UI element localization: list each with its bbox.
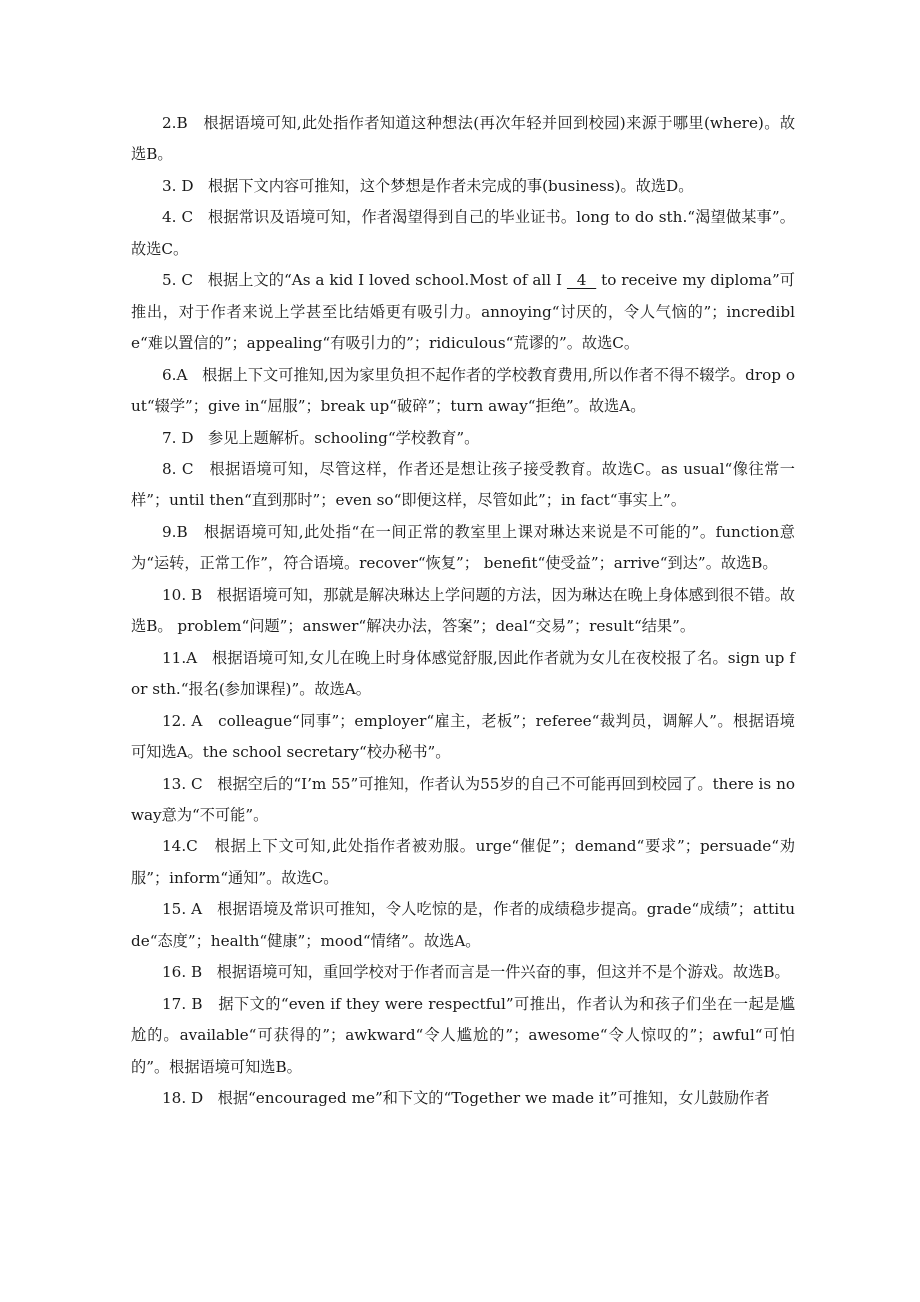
answer-explanation: 根据“encouraged me”和下文的“Together we made i… bbox=[218, 1089, 770, 1107]
answer-item-16: 16. B 根据语境可知，重回学校对于作者而言是一件兴奋的事，但这并不是个游戏。… bbox=[131, 957, 795, 988]
answer-explanation: 根据常识及语境可知，作者渴望得到自己的毕业证书。long to do sth.“… bbox=[131, 208, 795, 257]
answer-item-3: 3. D 根据下文内容可推知，这个梦想是作者未完成的事(business)。故选… bbox=[131, 171, 795, 202]
answer-item-17: 17. B 据下文的“even if they were respectful”… bbox=[131, 989, 795, 1083]
answer-explanation: 根据空后的“I’m 55”可推知，作者认为55岁的自己不可能再回到校园了。the… bbox=[131, 775, 795, 824]
answer-number: 8. C bbox=[162, 460, 193, 478]
blank-4-underline: 4 bbox=[567, 271, 596, 289]
answer-number: 15. A bbox=[162, 900, 202, 918]
answer-item-9: 9.B 根据语境可知,此处指“在一间正常的教室里上课对琳达来说是不可能的”。fu… bbox=[131, 517, 795, 580]
answer-number: 9.B bbox=[162, 523, 188, 541]
answer-number: 16. B bbox=[162, 963, 202, 981]
answer-number: 14.C bbox=[162, 837, 198, 855]
answer-item-6: 6.A 根据上下文可推知,因为家里负担不起作者的学校教育费用,所以作者不得不辍学… bbox=[131, 360, 795, 423]
answer-number: 18. D bbox=[162, 1089, 203, 1107]
answer-item-15: 15. A 根据语境及常识可推知，令人吃惊的是，作者的成绩稳步提高。grade“… bbox=[131, 894, 795, 957]
answer-item-8: 8. C 根据语境可知，尽管这样，作者还是想让孩子接受教育。故选C。as usu… bbox=[131, 454, 795, 517]
answer-number: 3. D bbox=[162, 177, 194, 195]
answer-explanation: 根据语境可知，尽管这样，作者还是想让孩子接受教育。故选C。as usual“像往… bbox=[131, 460, 795, 509]
answer-explanations-page: 2.B 根据语境可知,此处指作者知道这种想法(再次年轻并回到校园)来源于哪里(w… bbox=[131, 108, 795, 1115]
answer-item-5: 5. C 根据上文的“As a kid I loved school.Most … bbox=[131, 265, 795, 359]
answer-number: 17. B bbox=[162, 995, 203, 1013]
answer-number: 10. B bbox=[162, 586, 202, 604]
answer-item-14: 14.C 根据上下文可知,此处指作者被劝服。urge“催促”；demand“要求… bbox=[131, 831, 795, 894]
answer-number: 12. A bbox=[162, 712, 202, 730]
answer-explanation: 根据下文内容可推知，这个梦想是作者未完成的事(business)。故选D。 bbox=[208, 177, 693, 195]
answer-explanation: colleague“同事”；employer“雇主，老板”；referee“裁判… bbox=[131, 712, 795, 761]
answer-explanation: 根据上下文可推知,因为家里负担不起作者的学校教育费用,所以作者不得不辍学。dro… bbox=[131, 366, 795, 415]
answer-item-7: 7. D 参见上题解析。schooling“学校教育”。 bbox=[131, 423, 795, 454]
answer-explanation: 根据语境可知,此处指作者知道这种想法(再次年轻并回到校园)来源于哪里(where… bbox=[131, 114, 795, 163]
answer-number: 7. D bbox=[162, 429, 194, 447]
answer-number: 2.B bbox=[162, 114, 188, 132]
answer-item-2: 2.B 根据语境可知,此处指作者知道这种想法(再次年轻并回到校园)来源于哪里(w… bbox=[131, 108, 795, 171]
answer-explanation: 据下文的“even if they were respectful”可推出，作者… bbox=[131, 995, 795, 1076]
answer-item-12: 12. A colleague“同事”；employer“雇主，老板”；refe… bbox=[131, 706, 795, 769]
answer-item-18: 18. D 根据“encouraged me”和下文的“Together we … bbox=[131, 1083, 795, 1114]
answer-explanation: 根据语境可知，那就是解决琳达上学问题的方法，因为琳达在晚上身体感到很不错。故选B… bbox=[131, 586, 795, 635]
answer-explanation: 根据语境及常识可推知，令人吃惊的是，作者的成绩稳步提高。grade“成绩”；at… bbox=[131, 900, 795, 949]
answer-explanation: 根据上下文可知,此处指作者被劝服。urge“催促”；demand“要求”；per… bbox=[131, 837, 795, 886]
answer-explanation-before-blank: 根据上文的“As a kid I loved school.Most of al… bbox=[208, 271, 567, 289]
answer-item-4: 4. C 根据常识及语境可知，作者渴望得到自己的毕业证书。long to do … bbox=[131, 202, 795, 265]
answer-number: 13. C bbox=[162, 775, 203, 793]
answer-number: 4. C bbox=[162, 208, 193, 226]
answer-number: 11.A bbox=[162, 649, 197, 667]
answer-explanation: 根据语境可知，重回学校对于作者而言是一件兴奋的事，但这并不是个游戏。故选B。 bbox=[217, 963, 790, 981]
answer-explanation: 参见上题解析。schooling“学校教育”。 bbox=[208, 429, 479, 447]
answer-explanation: 根据语境可知,此处指“在一间正常的教室里上课对琳达来说是不可能的”。functi… bbox=[131, 523, 795, 572]
answer-explanation: 根据语境可知,女儿在晚上时身体感觉舒服,因此作者就为女儿在夜校报了名。sign … bbox=[131, 649, 795, 698]
answer-item-13: 13. C 根据空后的“I’m 55”可推知，作者认为55岁的自己不可能再回到校… bbox=[131, 769, 795, 832]
answer-item-11: 11.A 根据语境可知,女儿在晚上时身体感觉舒服,因此作者就为女儿在夜校报了名。… bbox=[131, 643, 795, 706]
answer-item-10: 10. B 根据语境可知，那就是解决琳达上学问题的方法，因为琳达在晚上身体感到很… bbox=[131, 580, 795, 643]
answer-number: 5. C bbox=[162, 271, 193, 289]
answer-number: 6.A bbox=[162, 366, 187, 384]
